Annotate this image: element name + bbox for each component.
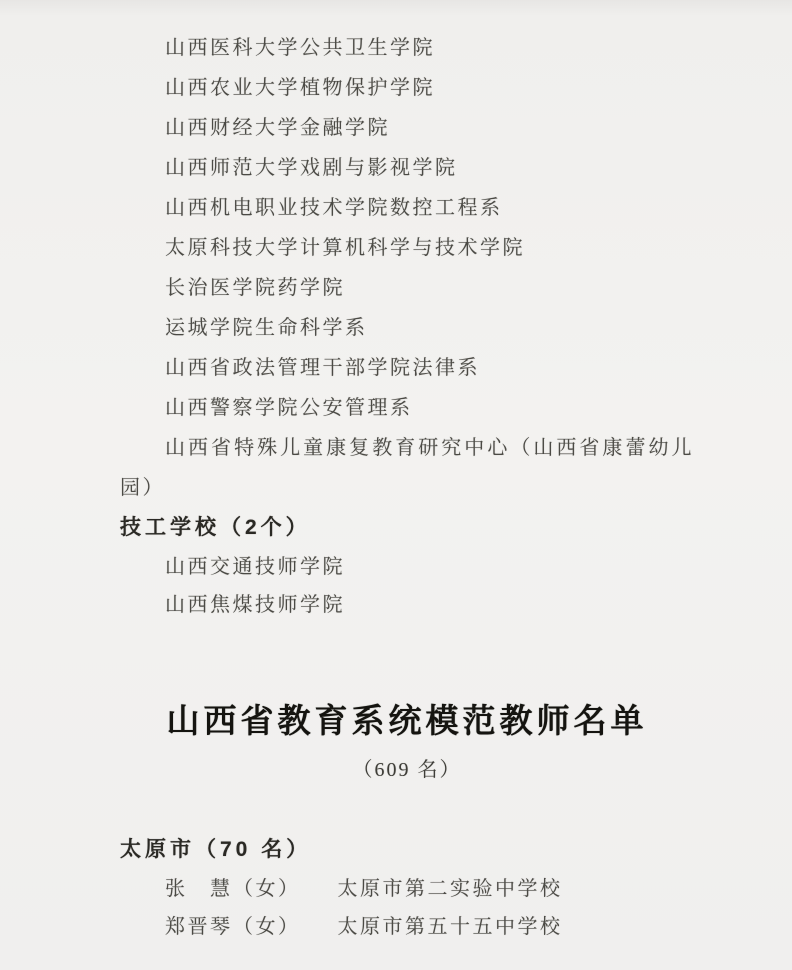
list-item: 山西机电职业技术学院数控工程系	[120, 188, 694, 228]
document-page: 山西医科大学公共卫生学院 山西农业大学植物保护学院 山西财经大学金融学院 山西师…	[0, 0, 792, 970]
technical-schools-heading: 技工学校（2个）	[120, 508, 694, 548]
list-item: 太原科技大学计算机科学与技术学院	[120, 228, 694, 268]
teacher-school: 太原市第二实验中学校	[338, 870, 563, 908]
teacher-school: 太原市第五十五中学校	[338, 908, 563, 946]
list-item: 山西师范大学戏剧与影视学院	[120, 148, 694, 188]
teacher-row: 郑晋琴 （女） 太原市第五十五中学校	[120, 908, 694, 946]
list-item: 山西财经大学金融学院	[120, 108, 694, 148]
teacher-gender: （女）	[233, 870, 301, 908]
taiyuan-section-heading: 太原市（70 名）	[120, 830, 694, 870]
teacher-name: 郑晋琴	[165, 908, 233, 946]
teacher-row: 张 慧 （女） 太原市第二实验中学校	[120, 870, 694, 908]
list-item: 山西焦煤技师学院	[120, 586, 694, 624]
list-item: 山西交通技师学院	[120, 548, 694, 586]
teacher-name: 张 慧	[165, 870, 233, 908]
page-title: 山西省教育系统模范教师名单	[120, 700, 694, 744]
list-item: 长治医学院药学院	[120, 268, 694, 308]
teacher-count-note: （609 名）	[120, 753, 694, 787]
list-item: 山西省政法管理干部学院法律系	[120, 348, 694, 388]
list-item: 运城学院生命科学系	[120, 308, 694, 348]
list-item: 山西警察学院公安管理系	[120, 388, 694, 428]
list-item: 山西省特殊儿童康复教育研究中心（山西省康蕾幼儿园）	[120, 428, 694, 508]
college-department-list: 山西医科大学公共卫生学院 山西农业大学植物保护学院 山西财经大学金融学院 山西师…	[120, 0, 694, 508]
document-content: 山西医科大学公共卫生学院 山西农业大学植物保护学院 山西财经大学金融学院 山西师…	[120, 0, 694, 946]
technical-schools-list: 山西交通技师学院 山西焦煤技师学院	[120, 548, 694, 624]
list-item: 山西医科大学公共卫生学院	[120, 28, 694, 68]
teacher-gender: （女）	[233, 908, 301, 946]
list-item: 山西农业大学植物保护学院	[120, 68, 694, 108]
